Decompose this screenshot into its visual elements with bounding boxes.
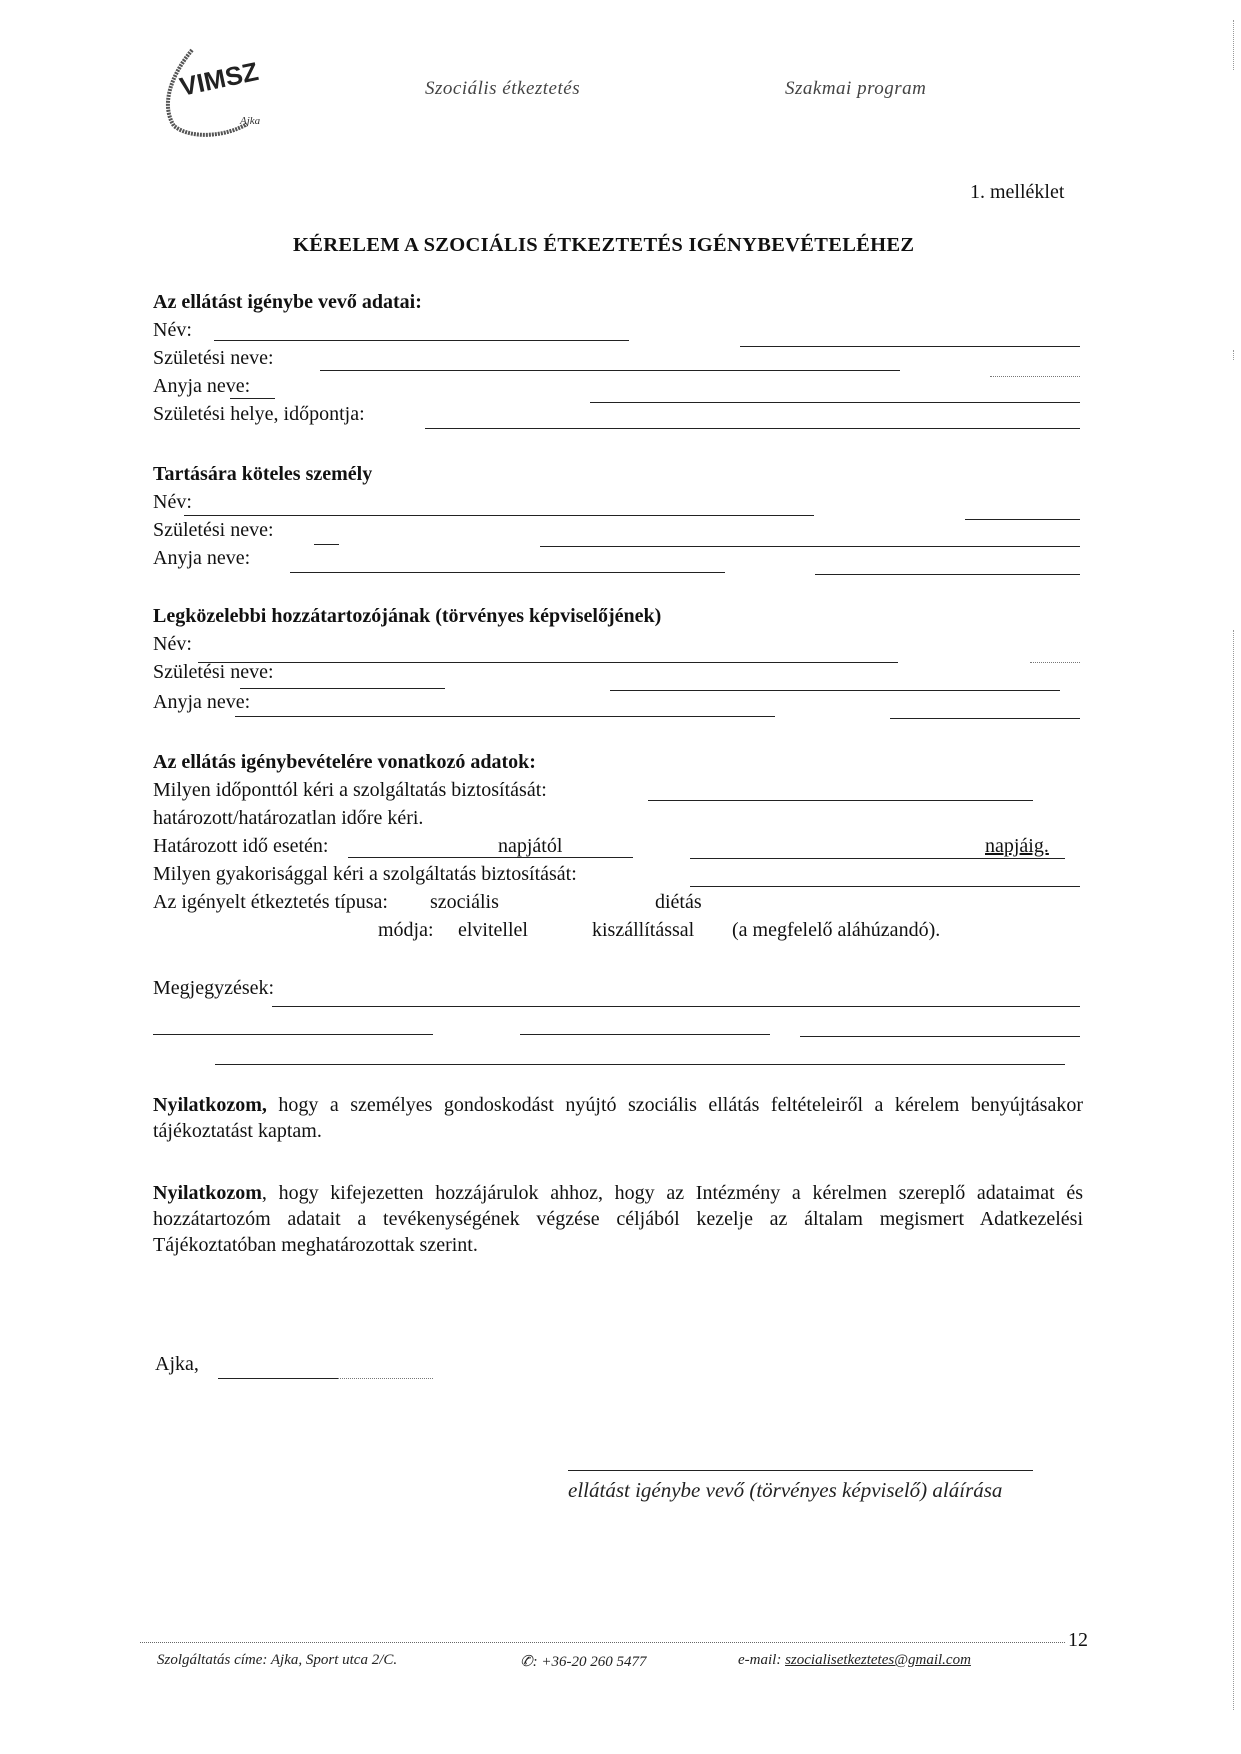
applicant-birthname-field-2[interactable] bbox=[990, 376, 1080, 377]
relative-birthname-field[interactable] bbox=[240, 688, 445, 689]
declaration-2-text: , hogy kifejezetten hozzájárulok ahhoz, … bbox=[153, 1182, 1083, 1256]
annex-label: 1. melléklet bbox=[970, 180, 1064, 204]
type-option-social[interactable]: szociális bbox=[430, 890, 499, 914]
page-number: 12 bbox=[1068, 1628, 1088, 1652]
maintainer-name-label: Név: bbox=[153, 490, 192, 514]
maintainer-birthname-field[interactable] bbox=[314, 544, 339, 545]
declaration-2-bold: Nyilatkozom bbox=[153, 1182, 262, 1204]
logo-swoosh-icon: VIMSZ Ajka bbox=[152, 44, 282, 144]
signature-label: ellátást igénybe vevő (törvényes képvise… bbox=[568, 1478, 1002, 1503]
relative-birthname-field-2[interactable] bbox=[610, 690, 1060, 691]
maintainer-heading: Tartására köteles személy bbox=[153, 462, 372, 486]
notes-line-2b[interactable] bbox=[520, 1034, 770, 1035]
relative-mother-field[interactable] bbox=[235, 716, 775, 717]
phone-icon: ✆ bbox=[520, 1654, 533, 1670]
maintainer-mother-label: Anyja neve: bbox=[153, 546, 250, 570]
notes-label: Megjegyzések: bbox=[153, 976, 274, 1000]
applicant-birthname-label: Születési neve: bbox=[153, 346, 274, 370]
fixed-period-to-field[interactable] bbox=[690, 858, 1065, 859]
fixed-period-label: Határozott idő esetén: bbox=[153, 834, 329, 858]
from-date-label: Milyen időponttól kéri a szolgáltatás bi… bbox=[153, 778, 547, 802]
from-date-field[interactable] bbox=[648, 800, 1033, 801]
mode-option-takeaway[interactable]: elvitellel bbox=[458, 918, 528, 942]
applicant-mother-field[interactable] bbox=[230, 398, 275, 399]
applicant-mother-field-2[interactable] bbox=[590, 402, 1080, 403]
applicant-birthname-field[interactable] bbox=[320, 370, 900, 371]
applicant-name-field[interactable] bbox=[214, 340, 629, 341]
maintainer-name-field[interactable] bbox=[184, 515, 814, 516]
footer-email-label: e-mail: bbox=[738, 1652, 781, 1668]
frequency-label: Milyen gyakorisággal kéri a szolgáltatás… bbox=[153, 862, 577, 886]
header-left-title: Szociális étkeztetés bbox=[425, 78, 580, 100]
margin-scan-artifact-2 bbox=[1233, 350, 1234, 360]
type-label: Az igényelt étkeztetés típusa: bbox=[153, 890, 388, 914]
maintainer-mother-field[interactable] bbox=[290, 572, 725, 573]
applicant-mother-label: Anyja neve: bbox=[153, 374, 250, 398]
applicant-name-field-2[interactable] bbox=[740, 346, 1080, 347]
margin-scan-artifact-1 bbox=[1233, 20, 1234, 70]
date-field[interactable] bbox=[218, 1378, 338, 1379]
declaration-1: Nyilatkozom, hogy a személyes gondoskodá… bbox=[153, 1092, 1083, 1144]
relative-heading: Legközelebbi hozzátartozójának (törvénye… bbox=[153, 604, 661, 628]
relative-mother-label: Anyja neve: bbox=[153, 690, 250, 714]
applicant-name-label: Név: bbox=[153, 318, 192, 342]
maintainer-birthname-field-2[interactable] bbox=[540, 546, 1080, 547]
fixed-period-from-field[interactable] bbox=[348, 857, 633, 858]
type-option-diet[interactable]: diétás bbox=[655, 890, 702, 914]
declaration-1-bold: Nyilatkozom, bbox=[153, 1094, 267, 1116]
notes-line-3[interactable] bbox=[215, 1064, 1065, 1065]
applicant-birthplace-label: Születési helye, időpontja: bbox=[153, 402, 365, 426]
frequency-field[interactable] bbox=[690, 886, 1080, 887]
declaration-1-text: hogy a személyes gondoskodást nyújtó szo… bbox=[153, 1094, 1083, 1142]
signature-field[interactable] bbox=[568, 1470, 1033, 1471]
maintainer-birthname-label: Születési neve: bbox=[153, 518, 274, 542]
place-label: Ajka, bbox=[155, 1352, 199, 1376]
date-field-tail[interactable] bbox=[338, 1378, 433, 1379]
margin-scan-artifact-3 bbox=[1233, 630, 1234, 1710]
service-heading: Az ellátás igénybevételére vonatkozó ada… bbox=[153, 750, 536, 774]
logo: VIMSZ Ajka bbox=[152, 44, 282, 144]
notes-line-1[interactable] bbox=[272, 1006, 1080, 1007]
duration-label: határozott/határozatlan időre kéri. bbox=[153, 806, 423, 830]
maintainer-mother-field-2[interactable] bbox=[815, 574, 1080, 575]
footer-email-link[interactable]: szocialisetkeztetes@gmail.com bbox=[785, 1652, 971, 1668]
mode-option-delivery[interactable]: kiszállítással bbox=[592, 918, 694, 942]
relative-name-field-2[interactable] bbox=[1030, 662, 1080, 663]
to-day-label: napjáig. bbox=[985, 834, 1049, 858]
footer-address: Szolgáltatás címe: Ajka, Sport utca 2/C. bbox=[157, 1652, 397, 1669]
mode-label: módja: bbox=[378, 918, 434, 942]
applicant-heading: Az ellátást igénybe vevő adatai: bbox=[153, 290, 422, 314]
document-title: KÉRELEM A SZOCIÁLIS ÉTKEZTETÉS IGÉNYBEVÉ… bbox=[293, 234, 914, 257]
notes-line-2c[interactable] bbox=[800, 1036, 1080, 1037]
relative-mother-field-2[interactable] bbox=[890, 718, 1080, 719]
declaration-2: Nyilatkozom, hogy kifejezetten hozzájáru… bbox=[153, 1180, 1083, 1258]
relative-birthname-label: Születési neve: bbox=[153, 660, 274, 684]
relative-name-label: Név: bbox=[153, 632, 192, 656]
footer-phone-number: : +36-20 260 5477 bbox=[533, 1654, 647, 1670]
relative-name-field[interactable] bbox=[198, 662, 898, 663]
applicant-birthplace-field[interactable] bbox=[425, 428, 1080, 429]
from-day-label: napjától bbox=[498, 834, 562, 858]
maintainer-name-field-2[interactable] bbox=[965, 519, 1080, 520]
footer-divider bbox=[140, 1642, 1065, 1643]
svg-text:Ajka: Ajka bbox=[239, 115, 261, 127]
svg-text:VIMSZ: VIMSZ bbox=[177, 56, 261, 102]
header-right-title: Szakmai program bbox=[785, 78, 926, 100]
footer-phone: ✆: +36-20 260 5477 bbox=[520, 1652, 646, 1671]
notes-line-2[interactable] bbox=[153, 1034, 433, 1035]
mode-note: (a megfelelő aláhúzandó). bbox=[732, 918, 940, 942]
footer-email: e-mail: szocialisetkeztetes@gmail.com bbox=[738, 1652, 971, 1669]
